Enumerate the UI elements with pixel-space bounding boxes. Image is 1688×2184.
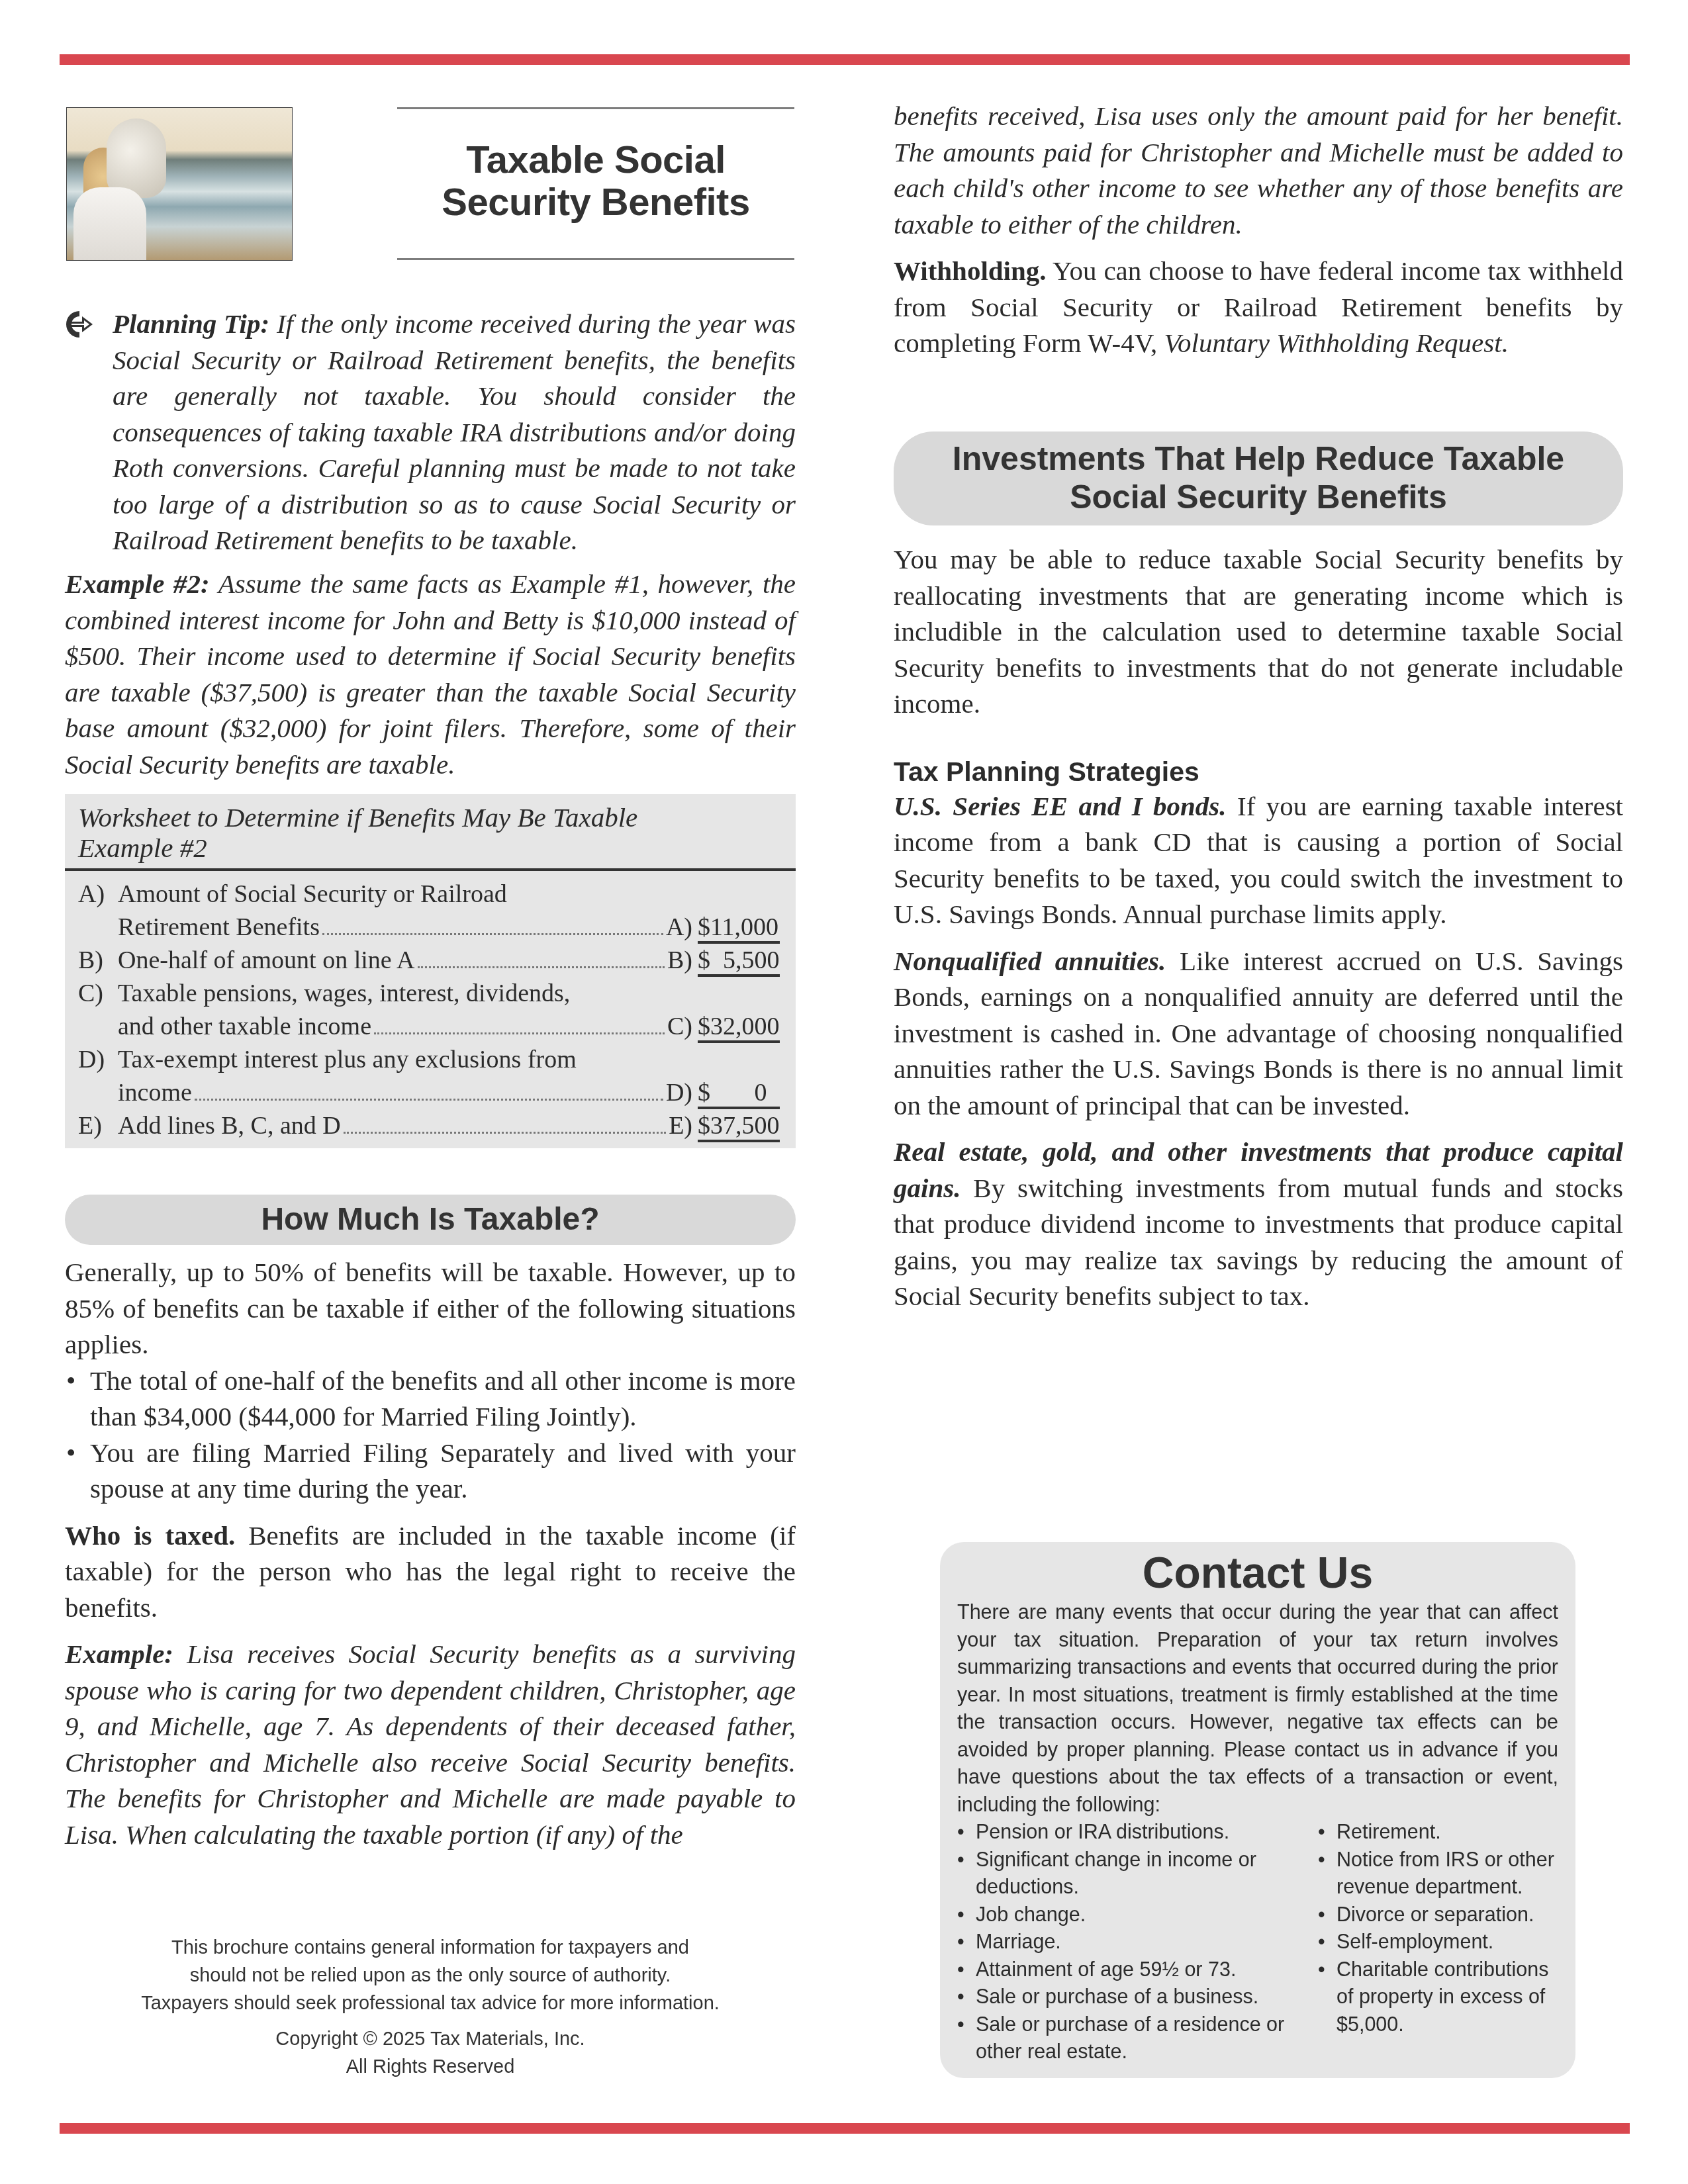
contact-list-right: Retirement. Notice from IRS or other rev… [1317, 1819, 1562, 2066]
planning-tip-label: Planning Tip: [113, 308, 269, 339]
row-text: Taxable pensions, wages, interest, divid… [118, 977, 570, 1010]
row-text: Retirement Benefits [118, 911, 320, 944]
photo-figure-man-shirt [73, 187, 146, 261]
page-title-line2: Security Benefits [397, 181, 794, 224]
row-amount: $ 0 [698, 1079, 780, 1109]
example-2: Example #2: Assume the same facts as Exa… [65, 566, 796, 782]
example-2-label: Example #2: [65, 569, 210, 599]
example-2-text: Assume the same facts as Example #1, how… [65, 569, 796, 780]
header-photo [66, 107, 293, 261]
row-amount-label: C) [667, 1010, 692, 1043]
row-amount-label: D) [666, 1076, 692, 1109]
disclaimer-line: This brochure contains general informati… [65, 1934, 796, 1962]
leader-dots [322, 933, 663, 935]
right-arrow-circle-icon [65, 310, 94, 339]
contact-list-item: Notice from IRS or other revenue departm… [1317, 1846, 1562, 1901]
how-much-intro: Generally, up to 50% of benefits will be… [65, 1254, 796, 1363]
who-is-taxed-label: Who is taxed. [65, 1520, 235, 1551]
how-much-bullets: The total of one-half of the benefits an… [65, 1363, 796, 1507]
photo-figure-man-head [107, 118, 166, 198]
title-bottom-rule [397, 258, 794, 260]
contact-list-item: Significant change in income or deductio… [956, 1846, 1317, 1901]
strategy-capital-gains: Real estate, gold, and other investments… [894, 1134, 1623, 1314]
investments-section: You may be able to reduce taxable Social… [894, 541, 1623, 1314]
page-title-line1: Taxable Social [397, 139, 794, 181]
row-text: Tax-exempt interest plus any exclusions … [118, 1043, 577, 1076]
contact-list-item: Sale or purchase of a residence or other… [956, 2011, 1317, 2066]
worksheet-rows: A) Amount of Social Security or Railroad… [65, 871, 796, 1142]
disclaimer: This brochure contains general informati… [65, 1934, 796, 2017]
copyright-line: All Rights Reserved [65, 2053, 796, 2081]
lisa-example: Example: Lisa receives Social Security b… [65, 1636, 796, 1852]
leader-dots [374, 1032, 665, 1034]
page-title: Taxable Social Security Benefits [397, 139, 794, 224]
contact-list-left: Pension or IRA distributions. Significan… [956, 1819, 1317, 2066]
contact-list-item: Divorce or separation. [1317, 1901, 1562, 1929]
row-text: income [118, 1076, 192, 1109]
how-much-section: Generally, up to 50% of benefits will be… [65, 1254, 796, 1852]
contact-list-item: Retirement. [1317, 1819, 1562, 1846]
worksheet-row-a: A) Amount of Social Security or Railroad… [78, 878, 780, 944]
contact-us-lists: Pension or IRA distributions. Significan… [940, 1819, 1575, 2066]
row-amount-label: E) [669, 1109, 692, 1142]
worksheet-row-d: D) Tax-exempt interest plus any exclusio… [78, 1043, 780, 1109]
row-amount: $11,000 [698, 913, 780, 944]
row-amount: $37,500 [698, 1112, 780, 1142]
leader-dots [344, 1131, 666, 1134]
contact-list-item: Self-employment. [1317, 1929, 1562, 1956]
contact-us-box: Contact Us There are many events that oc… [940, 1542, 1575, 2078]
worksheet-row-c: C) Taxable pensions, wages, interest, di… [78, 977, 780, 1043]
disclaimer-line: should not be relied upon as the only so… [65, 1962, 796, 1989]
bullet-item: The total of one-half of the benefits an… [65, 1363, 796, 1435]
contact-us-intro: There are many events that occur during … [940, 1599, 1575, 1819]
row-letter: B) [78, 944, 118, 977]
strategy-label: U.S. Series EE and I bonds. [894, 791, 1227, 821]
row-letter: D) [78, 1043, 118, 1076]
strategy-text: By switching investments from mutual fun… [894, 1173, 1623, 1312]
bottom-red-bar [60, 2123, 1630, 2134]
tax-planning-strategies-heading: Tax Planning Strategies [894, 755, 1623, 788]
who-is-taxed: Who is taxed. Benefits are included in t… [65, 1518, 796, 1626]
contact-list-item: Job change. [956, 1901, 1317, 1929]
contact-list-item: Attainment of age 59½ or 73. [956, 1956, 1317, 1984]
investments-heading-line1: Investments That Help Reduce Taxable [894, 439, 1623, 478]
title-top-rule [397, 107, 794, 109]
row-amount-label: B) [667, 944, 692, 977]
strategy-label: Nonqualified annuities. [894, 946, 1166, 976]
lisa-example-label: Example: [65, 1639, 173, 1669]
contact-us-heading: Contact Us [940, 1542, 1575, 1599]
copyright-line: Copyright © 2025 Tax Materials, Inc. [65, 2025, 796, 2053]
row-letter: A) [78, 878, 118, 911]
how-much-heading: How Much Is Taxable? [65, 1195, 796, 1245]
row-amount: $32,000 [698, 1013, 780, 1043]
disclaimer-line: Taxpayers should seek professional tax a… [65, 1989, 796, 2017]
investments-heading: Investments That Help Reduce Taxable Soc… [894, 432, 1623, 525]
contact-list-item: Charitable contributions of property in … [1317, 1956, 1562, 2039]
row-amount-label: A) [666, 911, 692, 944]
strategy-bonds: U.S. Series EE and I bonds. If you are e… [894, 788, 1623, 933]
contact-list-item: Pension or IRA distributions. [956, 1819, 1317, 1846]
withholding: Withholding. You can choose to have fede… [894, 253, 1623, 361]
row-letter: E) [78, 1109, 118, 1142]
row-text: Amount of Social Security or Railroad [118, 878, 507, 911]
leader-dots [195, 1098, 663, 1101]
row-amount: $ 5,500 [698, 946, 780, 977]
withholding-label: Withholding. [894, 255, 1047, 286]
row-text: and other taxable income [118, 1010, 371, 1043]
worksheet-box: Worksheet to Determine if Benefits May B… [65, 794, 796, 1148]
lisa-example-continued: benefits received, Lisa uses only the am… [894, 98, 1623, 242]
right-column-top: benefits received, Lisa uses only the am… [894, 98, 1623, 361]
row-text: One-half of amount on line A [118, 944, 415, 977]
row-text: Add lines B, C, and D [118, 1109, 341, 1142]
planning-tip-text: If the only income received during the y… [113, 308, 796, 555]
strategy-annuities: Nonqualified annuities. Like interest ac… [894, 943, 1623, 1124]
top-red-bar [60, 54, 1630, 65]
withholding-form-name: Voluntary Withholding Request. [1164, 328, 1508, 358]
investments-heading-line2: Social Security Benefits [894, 478, 1623, 516]
investments-intro: You may be able to reduce taxable Social… [894, 541, 1623, 722]
contact-list-item: Marriage. [956, 1929, 1317, 1956]
worksheet-title-line1: Worksheet to Determine if Benefits May B… [78, 802, 782, 833]
worksheet-title-line2: Example #2 [78, 833, 782, 863]
planning-tip: Planning Tip: If the only income receive… [65, 306, 796, 559]
leader-dots [418, 966, 665, 968]
worksheet-title: Worksheet to Determine if Benefits May B… [65, 794, 796, 871]
worksheet-row-e: E) Add lines B, C, and DE)$37,500 [78, 1109, 780, 1142]
contact-list-item: Sale or purchase of a business. [956, 1983, 1317, 2011]
lisa-example-text: Lisa receives Social Security benefits a… [65, 1639, 796, 1850]
bullet-item: You are filing Married Filing Separately… [65, 1435, 796, 1507]
worksheet-row-b: B) One-half of amount on line AB)$ 5,500 [78, 944, 780, 977]
copyright: Copyright © 2025 Tax Materials, Inc. All… [65, 2025, 796, 2081]
row-letter: C) [78, 977, 118, 1010]
